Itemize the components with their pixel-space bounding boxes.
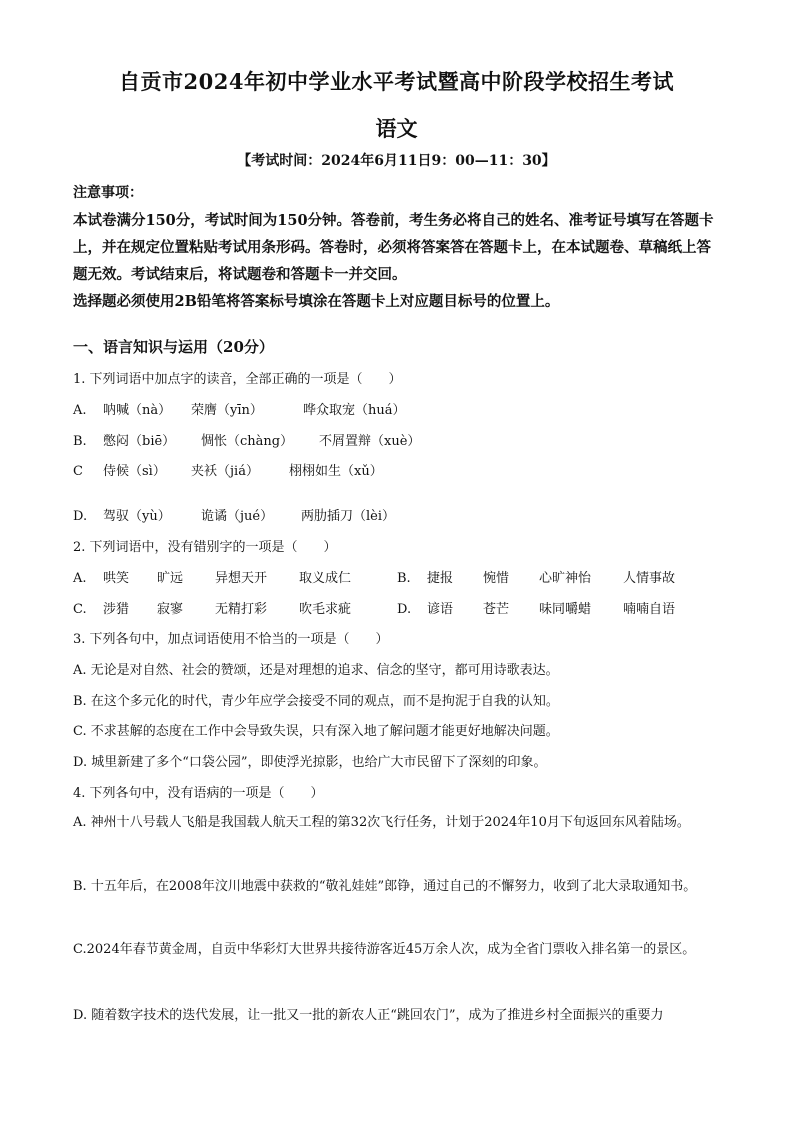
question-1-option-a: A.呐喊（nà）荣膺（yīn）哗众取宠（huá）: [73, 399, 406, 418]
option-item: 取义成仁: [299, 567, 397, 586]
exam-page: 自贡市2024年初中学业水平考试暨高中阶段学校招生考试 语文 【考试时间：202…: [0, 0, 793, 1122]
notice-paragraph-2: 选择题必须使用2B铅笔将答案标号填涂在答题卡上对应题目标号的位置上。: [73, 288, 723, 315]
option-text: 2024年春节黄金周，自贡中华彩灯大世界共接待游客近45万余人次，成为全省门票收…: [87, 942, 696, 957]
option-item: 呐喊（nà）: [103, 399, 191, 418]
option-item: 吹毛求疵: [299, 598, 397, 617]
option-item: 捷报: [427, 567, 483, 586]
question-2-row-1: A.哄笑旷远异想天开取义成仁B.捷报惋惜心旷神怡人情事故: [73, 567, 675, 586]
question-4-option-a: A. 神州十八号载人飞船是我国载人航天工程的第32次飞行任务，计划于2024年1…: [73, 808, 733, 838]
option-label: D.: [73, 755, 87, 770]
option-text: 在这个多元化的时代，青少年应学会接受不同的观点，而不是拘泥于自我的认知。: [91, 694, 559, 709]
option-item: 异想天开: [215, 567, 299, 586]
option-text: 十五年后，在2008年汶川地震中获救的“敬礼娃娃”郎铮，通过自己的不懈努力，收到…: [91, 879, 696, 894]
option-item: 栩栩如生（xǔ）: [289, 460, 383, 479]
subject-title: 语文: [0, 113, 793, 143]
section-heading: 一、语言知识与运用（20分）: [73, 336, 274, 357]
option-label: A.: [73, 663, 87, 678]
option-label: D.: [73, 509, 103, 524]
option-item: 惆怅（chàng）: [201, 430, 319, 449]
question-4-option-d: D. 随着数字技术的迭代发展，让一批又一批的新农人正“跳回农门”，成为了推进乡村…: [73, 1004, 664, 1023]
option-item: 哄笑: [103, 567, 157, 586]
option-item: 憋闷（biē）: [103, 430, 201, 449]
option-item: 谚语: [427, 598, 483, 617]
option-text: 无论是对自然、社会的赞颂，还是对理想的追求、信念的坚守，都可用诗歌表达。: [91, 663, 559, 678]
option-item: 夹袄（jiá）: [191, 460, 289, 479]
option-item: 味同嚼蜡: [539, 598, 623, 617]
option-item: 喃喃自语: [623, 598, 675, 617]
option-text: 不求甚解的态度在工作中会导致失误，只有深入地了解问题才能更好地解决问题。: [91, 724, 559, 739]
option-label: A.: [73, 571, 103, 586]
question-1-stem: 1. 下列词语中加点字的读音，全部正确的一项是（ ）: [73, 368, 402, 387]
option-item: 哗众取宠（huá）: [303, 399, 406, 418]
question-4-stem: 4. 下列各句中，没有语病的一项是（ ）: [73, 782, 324, 801]
question-3-option-a: A. 无论是对自然、社会的赞颂，还是对理想的追求、信念的坚守，都可用诗歌表达。: [73, 659, 559, 678]
question-3-option-c: C. 不求甚解的态度在工作中会导致失误，只有深入地了解问题才能更好地解决问题。: [73, 720, 559, 739]
option-label: C: [73, 464, 103, 479]
notice-paragraph-1: 本试卷满分150分，考试时间为150分钟。答卷前，考生务必将自己的姓名、准考证号…: [73, 207, 723, 288]
option-item: 侍候（sì）: [103, 460, 191, 479]
question-1-option-d: D.驾驭（yù）诡谲（jué）两肋插刀（lèi）: [73, 505, 395, 524]
question-2-row-2: C.涉猎寂寥无精打彩吹毛求疵D.谚语苍芒味同嚼蜡喃喃自语: [73, 598, 675, 617]
option-item: 心旷神怡: [539, 567, 623, 586]
question-2-stem: 2. 下列词语中，没有错别字的一项是（ ）: [73, 536, 337, 555]
option-item: 荣膺（yīn）: [191, 399, 303, 418]
option-text: 随着数字技术的迭代发展，让一批又一批的新农人正“跳回农门”，成为了推进乡村全面振…: [91, 1008, 663, 1023]
option-item: 驾驭（yù）: [103, 505, 201, 524]
option-label: A.: [73, 403, 103, 418]
option-item: 寂寥: [157, 598, 215, 617]
option-item: 诡谲（jué）: [201, 505, 301, 524]
option-item: 不屑置辩（xuè）: [319, 430, 420, 449]
option-item: 惋惜: [483, 567, 539, 586]
option-item: 两肋插刀（lèi）: [301, 505, 395, 524]
option-label: B.: [73, 694, 87, 709]
option-text: 城里新建了多个“口袋公园”，即使浮光掠影，也给广大市民留下了深刻的印象。: [91, 755, 546, 770]
option-label: B.: [73, 434, 103, 449]
option-item: 涉猎: [103, 598, 157, 617]
question-3-option-b: B. 在这个多元化的时代，青少年应学会接受不同的观点，而不是拘泥于自我的认知。: [73, 690, 559, 709]
question-3-stem: 3. 下列各句中，加点词语使用不恰当的一项是（ ）: [73, 628, 389, 647]
option-label: B.: [397, 571, 427, 586]
exam-time: 【考试时间：2024年6月11日9：00—11：30】: [0, 150, 793, 170]
option-label: D.: [397, 602, 427, 617]
question-1-option-b: B.憋闷（biē）惆怅（chàng）不屑置辩（xuè）: [73, 430, 420, 449]
option-item: 人情事故: [623, 567, 675, 586]
option-label: A.: [73, 815, 87, 830]
exam-title: 自贡市2024年初中学业水平考试暨高中阶段学校招生考试: [0, 66, 793, 96]
notice-heading: 注意事项：: [73, 182, 143, 202]
option-label: C.: [73, 724, 87, 739]
option-label: D.: [73, 1008, 87, 1023]
option-label: C.: [73, 602, 103, 617]
question-4-option-c: C.2024年春节黄金周，自贡中华彩灯大世界共接待游客近45万余人次，成为全省门…: [73, 935, 733, 965]
option-label: C.: [73, 942, 87, 957]
question-3-option-d: D. 城里新建了多个“口袋公园”，即使浮光掠影，也给广大市民留下了深刻的印象。: [73, 751, 547, 770]
option-item: 无精打彩: [215, 598, 299, 617]
option-item: 苍芒: [483, 598, 539, 617]
option-label: B.: [73, 879, 87, 894]
question-1-option-c: C侍候（sì）夹袄（jiá）栩栩如生（xǔ）: [73, 460, 383, 479]
option-item: 旷远: [157, 567, 215, 586]
option-text: 神州十八号载人飞船是我国载人航天工程的第32次飞行任务，计划于2024年10月下…: [91, 815, 690, 830]
question-4-option-b: B. 十五年后，在2008年汶川地震中获救的“敬礼娃娃”郎铮，通过自己的不懈努力…: [73, 872, 733, 902]
